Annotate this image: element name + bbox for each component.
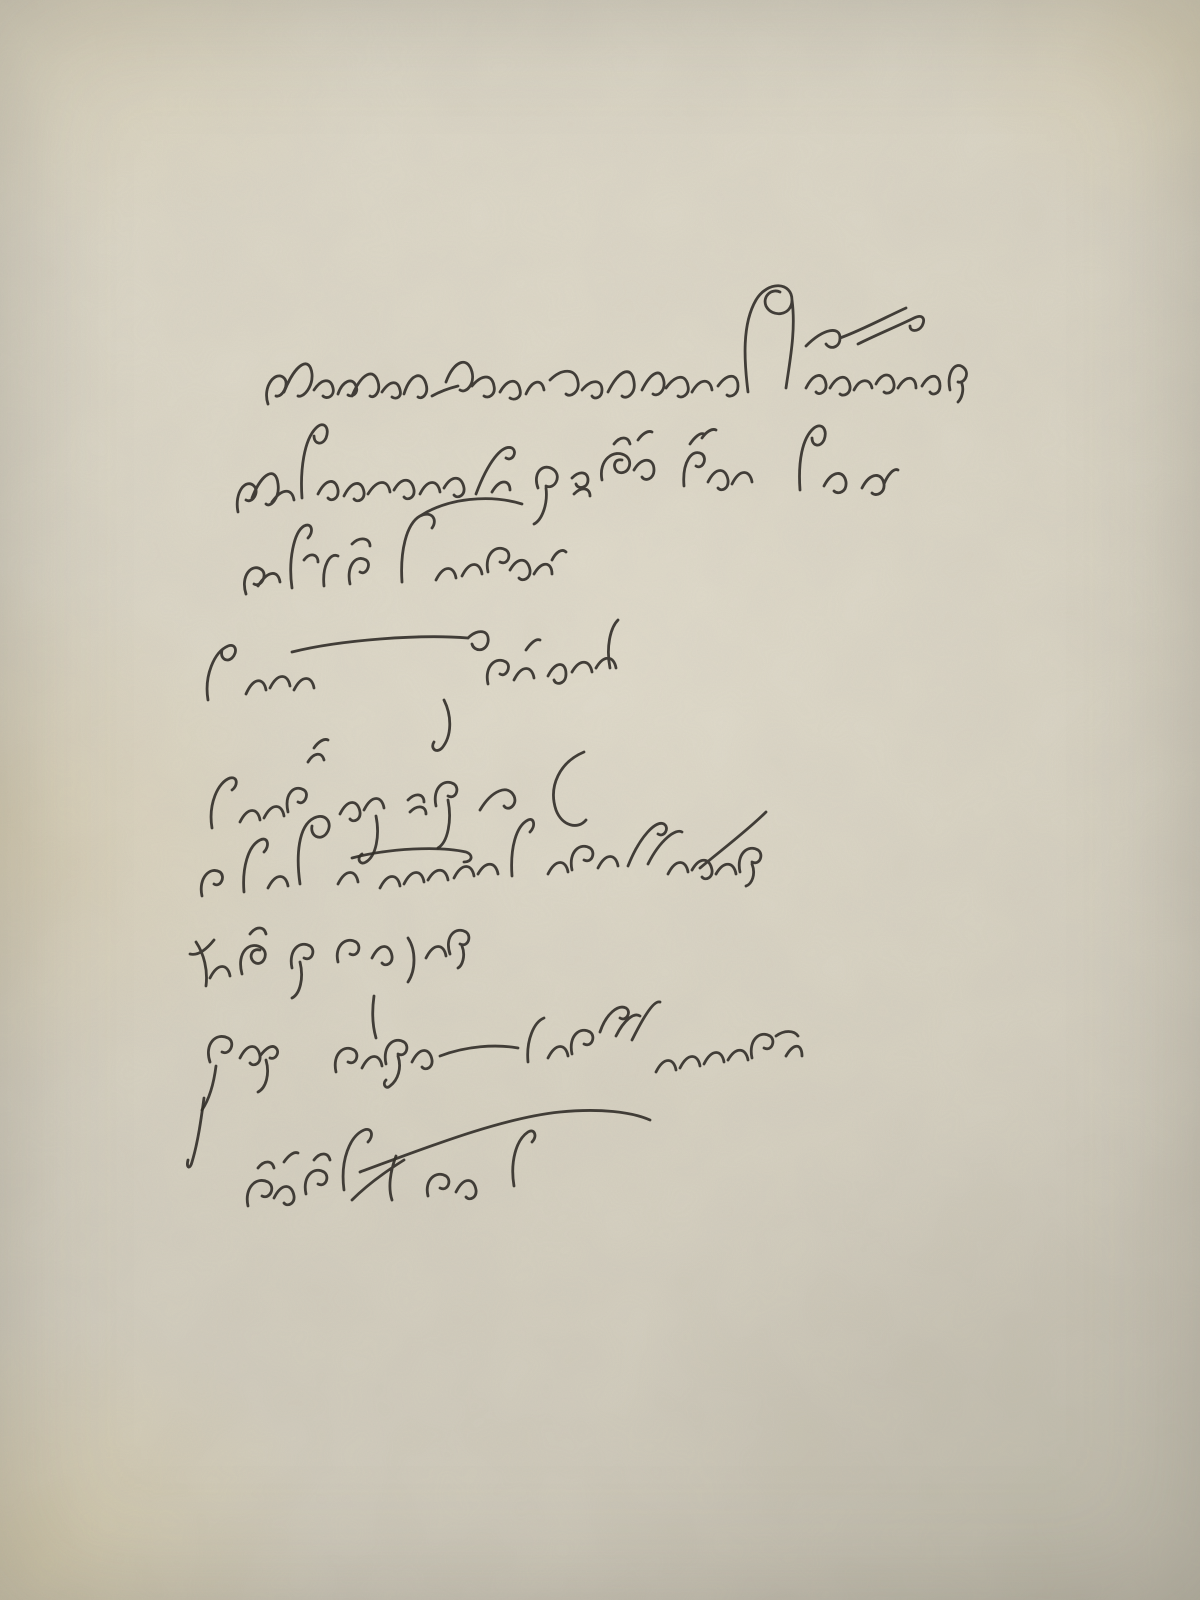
handwriting-layer [0, 0, 1200, 1600]
paper-grain-texture [0, 0, 1200, 1600]
photographed-note [0, 0, 1200, 1600]
